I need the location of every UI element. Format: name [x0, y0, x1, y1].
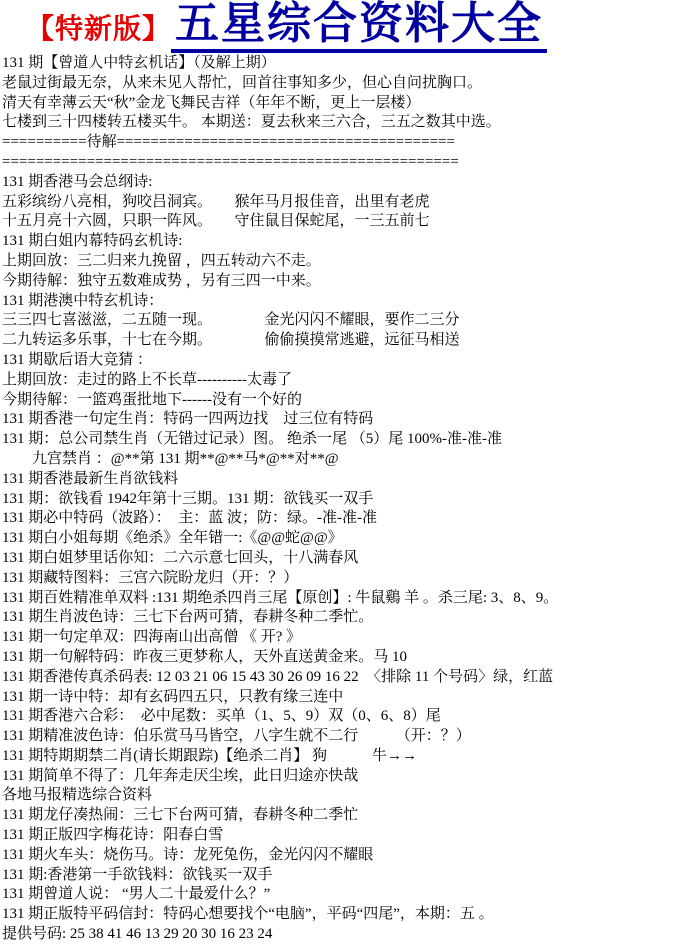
info-sheet-page: 【特新版】 五星综合资料大全 131 期【曾道人中特玄机话】（及解上期）老鼠过街…	[0, 0, 675, 948]
text-line: 131 期藏特图料：三宫六院盼龙归（开：？）	[2, 569, 675, 589]
text-line: 九宫禁肖 ：@**第 131 期**@**马*@**对**@	[2, 450, 675, 470]
text-line: 131 期白小姐每期《绝杀》全年错一:《@@蛇@@》	[2, 529, 675, 549]
text-line: 131 期【曾道人中特玄机话】（及解上期）	[2, 54, 675, 74]
edition-badge: 【特新版】	[26, 7, 171, 47]
text-line: 今期待解：独守五数难成势 ，另有三四一中来。	[2, 272, 675, 292]
text-line: 提供号码: 25 38 41 46 13 29 20 30 16 23 24	[2, 925, 675, 945]
text-line: 十五月亮十六圆，只职一阵风。 守住鼠目保蛇尾，一三五前七	[2, 212, 675, 232]
text-line: 老鼠过街最无奈，从来未见人帮忙，回首往事知多少，但心自问扰胸口。	[2, 74, 675, 94]
text-line: 131 期香港最新生肖欲钱料	[2, 470, 675, 490]
text-line: 131 期歇后语大竞猜 ：	[2, 351, 675, 371]
text-line: ==========待解============================…	[2, 133, 675, 153]
text-line: 上期回放：三二归来九挽留 ，四五转动六不走。	[2, 252, 675, 272]
text-line: 131 期火车头：烧伤马。诗：龙死兔伤，金光闪闪不耀眼	[2, 846, 675, 866]
text-line: 131 期香港传真杀码表: 12 03 21 06 15 43 30 26 09…	[2, 668, 675, 688]
text-line: 五彩缤纷八亮相，狗咬吕洞宾。 猴年马月报佳音，出里有老虎	[2, 193, 675, 213]
text-line: 七楼到三十四楼转五楼买牛。 本期送：夏去秋来三六合，三五之数其中选。	[2, 113, 675, 133]
content-lines: 131 期【曾道人中特玄机话】（及解上期）老鼠过街最无奈，从来未见人帮忙，回首往…	[0, 54, 675, 945]
text-line: 131 期:香港第一手欲钱料：欲钱买一双手	[2, 866, 675, 886]
text-line: 131 期香港马会总纲诗:	[2, 173, 675, 193]
text-line: 今期待解：一篮鸡蛋批地下------没有一个好的	[2, 391, 675, 411]
text-line: 131 期：欲钱看 1942年第十三期。131 期：欲钱买一双手	[2, 490, 675, 510]
text-line: 131 期百姓精准单双料 :131 期绝杀四肖三尾【原创】: 牛鼠鷄 羊 。杀三…	[2, 589, 675, 609]
text-line: 131 期香港六合彩： 必中尾数：买单（1、5、9）双（0、6、8）尾	[2, 707, 675, 727]
text-line: 131 期简单不得了：几年奔走厌尘埃，此日归途亦快哉	[2, 767, 675, 787]
text-line: 131 期正版特平码信封：特码心想要找个“电脑”，平码“四尾”，本期：五 。	[2, 905, 675, 925]
text-line: 各地马报精选综合资料	[2, 786, 675, 806]
text-line: ========================================…	[2, 153, 675, 173]
text-line: 三三四七喜滋滋，二五随一现。 金光闪闪不耀眼，要作二三分	[2, 311, 675, 331]
text-line: 131 期白姐梦里话你知：二六示意七回头，十八满春风	[2, 549, 675, 569]
text-line: 131 期正版四字梅花诗：阳春白雪	[2, 826, 675, 846]
text-line: 131 期曾道人说： “男人二十最爱什么？”	[2, 885, 675, 905]
text-line: 131 期龙仔凑热闹：三七下台两可猜，春耕冬种二季忙	[2, 806, 675, 826]
text-line: 131 期生肖波色诗：三七下台两可猜，春耕冬种二季忙。	[2, 608, 675, 628]
text-line: 二九转运多乐事，十七在今期。 偷偷摸摸常逃避，远征马相送	[2, 331, 675, 351]
text-line: 131 期一诗中特：却有玄码四五只，只教有缘三连中	[2, 688, 675, 708]
text-line: 131 期白姐内幕特码玄机诗:	[2, 232, 675, 252]
page-header: 【特新版】 五星综合资料大全	[0, 0, 675, 54]
text-line: 131 期港澳中特玄机诗：	[2, 292, 675, 312]
text-line: 131 期：总公司禁生肖（无错过记录）图。 绝杀一尾 （5）尾 100%-准-准…	[2, 430, 675, 450]
page-title: 五星综合资料大全	[171, 1, 547, 52]
text-line: 131 期一句解特码：昨夜三更梦称人，天外直送黄金来。马 10	[2, 648, 675, 668]
text-line: 上期回放：走过的路上不长草----------太毒了	[2, 371, 675, 391]
text-line: 131 期香港一句定生肖：特码一四两边找 过三位有特码	[2, 410, 675, 430]
text-line: 131 期一句定单双：四海南山出高僧 《 开? 》	[2, 628, 675, 648]
text-line: 131 期必中特码（波路）： 主：蓝 波；防：绿。-准-准-准	[2, 509, 675, 529]
text-line: 131 期精准波色诗：伯乐赏马马皆空，八字生就不二行 （开：？）	[2, 727, 675, 747]
text-line: 清天有幸薄云天“秋”金龙飞舞民吉祥（年年不断，更上一层楼）	[2, 94, 675, 114]
text-line: 131 期特期期禁二肖(请长期跟踪)【绝杀二肖】 狗 牛→→	[2, 747, 675, 767]
